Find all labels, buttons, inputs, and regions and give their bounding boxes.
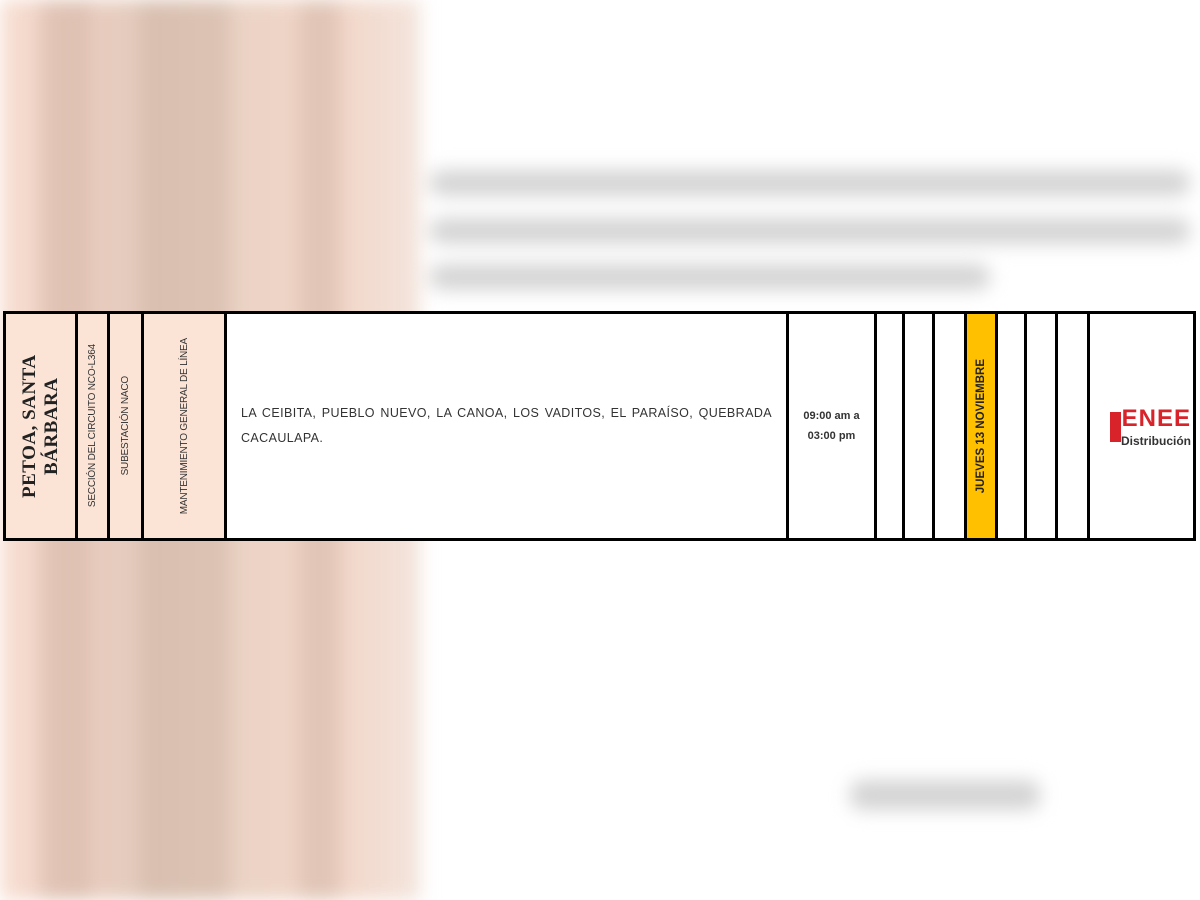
day-cell bbox=[995, 314, 1024, 538]
enee-logo-mark-icon bbox=[1110, 412, 1121, 442]
sectores-text: LA CEIBITA, PUEBLO NUEVO, LA CANOA, LOS … bbox=[241, 401, 772, 451]
enee-logo-name: ENEE bbox=[1122, 407, 1191, 431]
circuito-text: SECCIÓN DEL CIRCUITO NCO-L364 bbox=[87, 344, 98, 507]
day-cell bbox=[1055, 314, 1087, 538]
subestacion-cell: SUBESTACIÓN NACO bbox=[107, 314, 141, 538]
blurred-text-line bbox=[430, 218, 1190, 244]
blurred-text-line bbox=[430, 170, 1190, 196]
enee-logo-cell: ENEE Distribución bbox=[1087, 314, 1196, 538]
horario-text: 09:00 am a 03:00 pm bbox=[803, 406, 859, 446]
subestacion-text: SUBESTACIÓN NACO bbox=[120, 376, 131, 475]
blurred-text-line bbox=[430, 264, 990, 290]
day-cell bbox=[1024, 314, 1055, 538]
horario-cell: 09:00 am a 03:00 pm bbox=[786, 314, 874, 538]
municipio-text: PETOA, SANTA BÁRBARA bbox=[19, 314, 63, 538]
circuito-cell: SECCIÓN DEL CIRCUITO NCO-L364 bbox=[75, 314, 107, 538]
fecha-cell: JUEVES 13 NOVIEMBRE bbox=[964, 314, 995, 538]
day-cell bbox=[932, 314, 964, 538]
schedule-row: PETOA, SANTA BÁRBARA SECCIÓN DEL CIRCUIT… bbox=[3, 311, 1196, 541]
trabajo-text: MANTENIMIENTO GENERAL DE LÍNEA bbox=[179, 338, 190, 514]
fecha-text: JUEVES 13 NOVIEMBRE bbox=[975, 359, 987, 493]
municipio-cell: PETOA, SANTA BÁRBARA bbox=[3, 314, 75, 538]
sectores-cell: LA CEIBITA, PUEBLO NUEVO, LA CANOA, LOS … bbox=[224, 314, 786, 538]
enee-logo: ENEE bbox=[1110, 404, 1191, 434]
day-cell bbox=[902, 314, 932, 538]
trabajo-cell: MANTENIMIENTO GENERAL DE LÍNEA bbox=[141, 314, 224, 538]
enee-logo-subtitle: Distribución bbox=[1121, 434, 1191, 448]
horario-end: 03:00 pm bbox=[803, 426, 859, 446]
day-cell bbox=[874, 314, 902, 538]
horario-start: 09:00 am a bbox=[803, 406, 859, 426]
blurred-text-line bbox=[850, 780, 1040, 810]
